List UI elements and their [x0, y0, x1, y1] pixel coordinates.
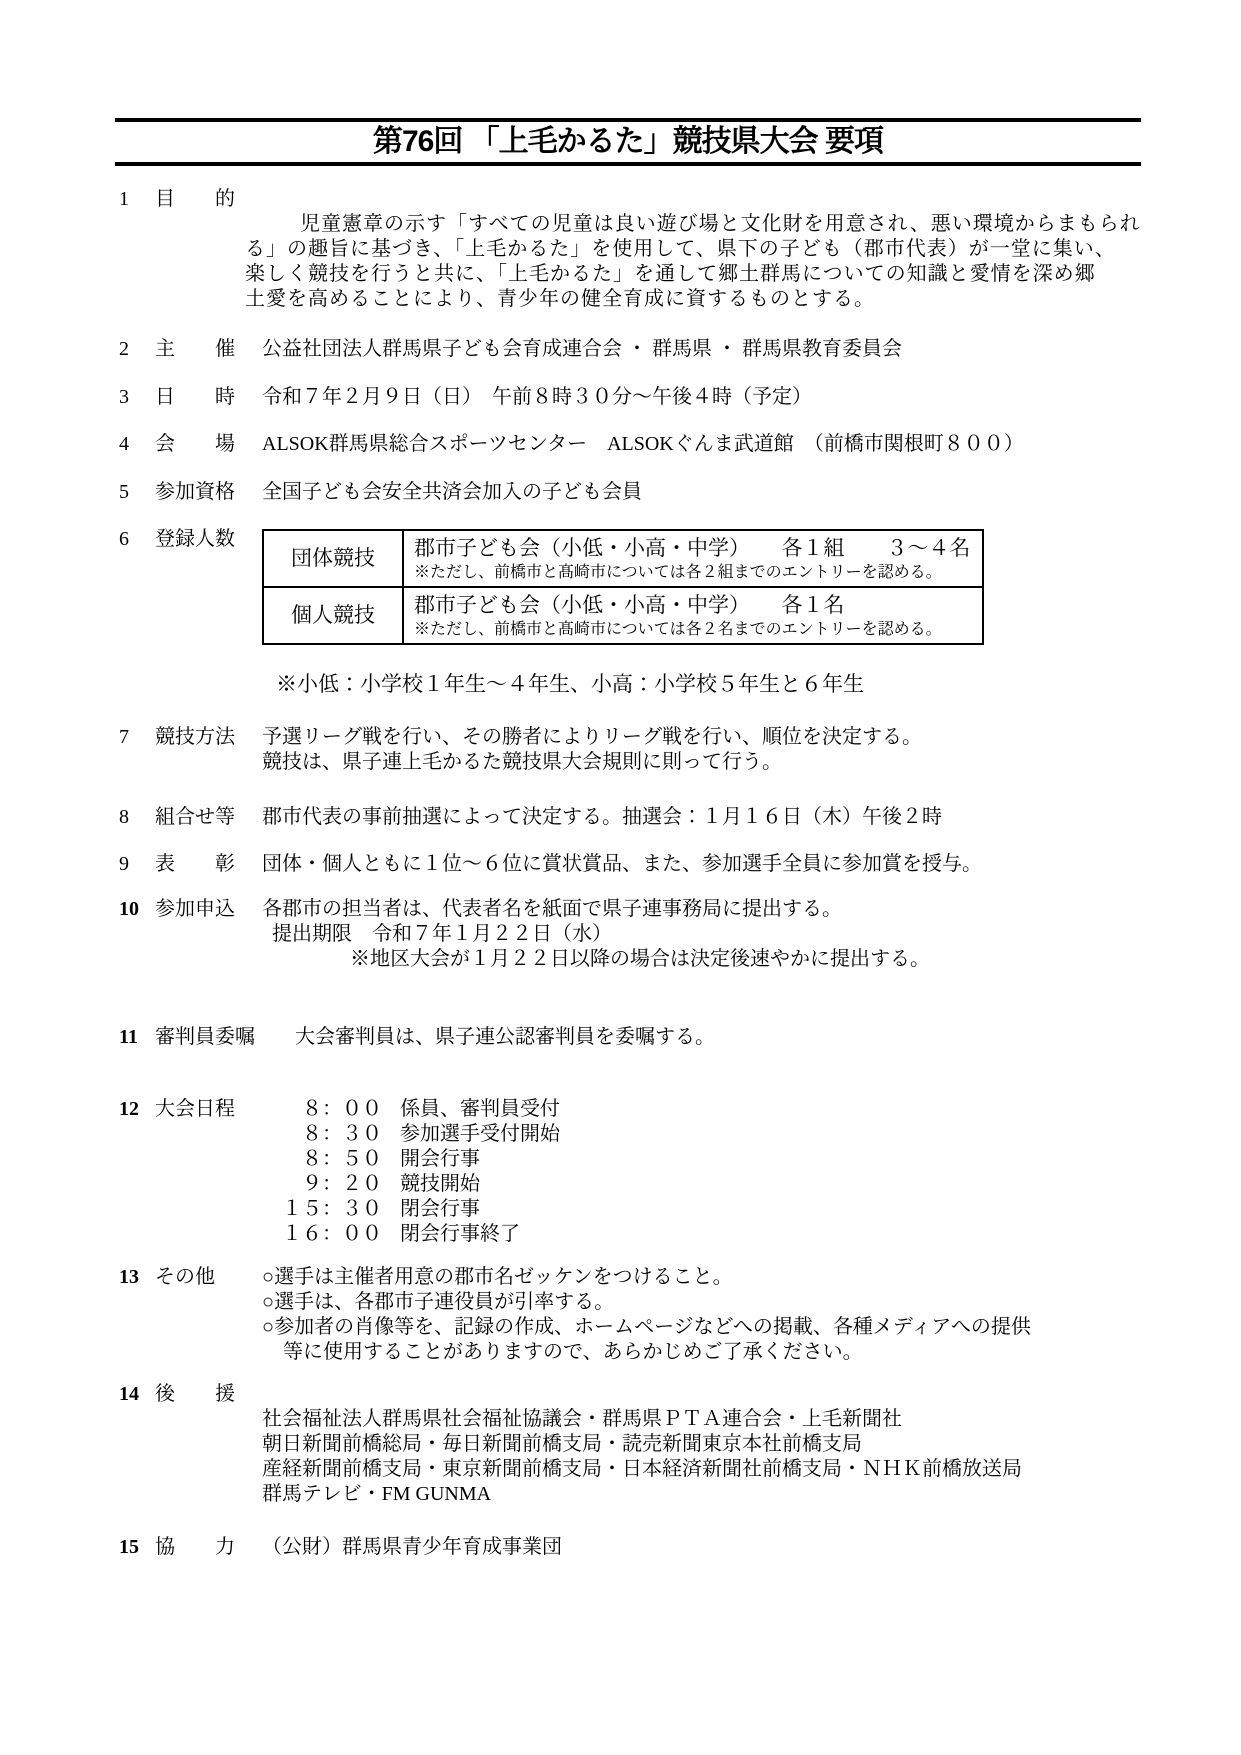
paragraph-line: 土愛を高めることにより、青少年の健全育成に資するものとする。 [245, 287, 1141, 312]
sponsor-line: 社会福祉法人群馬県社会福祉協議会・群馬県ＰＴＡ連合会・上毛新聞社 [262, 1407, 1141, 1432]
section-eligibility: 5 参加資格 全国子ども会安全共済会加入の子ども会員 [115, 480, 1141, 505]
item-number: 15 [115, 1535, 155, 1560]
item-row: 12 大会日程 ８：００ 係員、審判員受付 ８：３０ 参加選手受付開始 ８：５０… [115, 1097, 1141, 1247]
item-row: 10 参加申込 各郡市の担当者は、代表者名を紙面で県子連事務局に提出する。 提出… [115, 897, 1141, 972]
detail-main: 郡市子ども会（小低・小高・中学） 各１組 ３～４名 [414, 535, 972, 562]
item-number: 8 [115, 805, 155, 830]
schedule-time: ９：２０ [262, 1172, 382, 1197]
detail-cell: 郡市子ども会（小低・小高・中学） 各１名 ※ただし、前橋市と髙崎市については各２… [403, 587, 983, 644]
section-organizer: 2 主 催 公益社団法人群馬県子ども会育成連合会 ・ 群馬県 ・ 群馬県教育委員… [115, 337, 1141, 362]
item-row: 1 目 的 [115, 187, 1141, 212]
detail-cell: 郡市子ども会（小低・小高・中学） 各１組 ３～４名 ※ただし、前橋市と髙崎市につ… [403, 530, 983, 587]
schedule-time: １５：３０ [262, 1197, 382, 1222]
purpose-paragraph: 児童憲章の示す「すべての児童は良い遊び場と文化財を用意され、悪い環境からまもられ… [245, 212, 1141, 312]
schedule-row: ９：２０ 競技開始 [262, 1172, 1141, 1197]
section-datetime: 3 日 時 令和７年２月９日（日） 午前８時３０分～午後４時（予定） [115, 385, 1141, 410]
schedule-event: 閉会行事終了 [400, 1222, 520, 1247]
document-page: 第76回 「上毛かるた」競技県大会 要項 1 目 的 児童憲章の示す「すべての児… [0, 118, 1241, 1560]
section-purpose: 1 目 的 児童憲章の示す「すべての児童は良い遊び場と文化財を用意され、悪い環境… [115, 187, 1141, 312]
schedule-event: 競技開始 [400, 1172, 480, 1197]
item-number: 13 [115, 1265, 155, 1290]
paragraph-line: 楽しく競技を行うと共に、「上毛かるた」を通して郷土群馬についての知識と愛情を深め… [245, 262, 1141, 287]
item-label: 日 時 [155, 385, 262, 410]
item-label: 協 力 [155, 1535, 262, 1560]
item-label: 組合せ等 [155, 805, 262, 830]
section-pairing: 8 組合せ等 郡市代表の事前抽選によって決定する。抽選会：１月１６日（木）午後２… [115, 805, 1141, 830]
sponsor-line: 群馬テレビ・FM GUNMA [262, 1482, 1141, 1507]
item-label: その他 [155, 1265, 262, 1290]
item-row: 14 後 援 [115, 1382, 1141, 1407]
table-row: 個人競技 郡市子ども会（小低・小高・中学） 各１名 ※ただし、前橋市と髙崎市につ… [263, 587, 983, 644]
section-registration: 6 登録人数 団体競技 郡市子ども会（小低・小高・中学） 各１組 ３～４名 ※た… [115, 527, 1141, 697]
item-label: 目 的 [155, 187, 262, 212]
schedule-row: ８：３０ 参加選手受付開始 [262, 1122, 1141, 1147]
item-text: 公益社団法人群馬県子ども会育成連合会 ・ 群馬県 ・ 群馬県教育委員会 [262, 337, 902, 362]
item-number: 10 [115, 897, 155, 922]
item-row: 8 組合せ等 郡市代表の事前抽選によって決定する。抽選会：１月１６日（木）午後２… [115, 805, 1141, 830]
section-schedule: 12 大会日程 ８：００ 係員、審判員受付 ８：３０ 参加選手受付開始 ８：５０… [115, 1097, 1141, 1247]
section-sponsors: 14 後 援 社会福祉法人群馬県社会福祉協議会・群馬県ＰＴＡ連合会・上毛新聞社 … [115, 1382, 1141, 1507]
item-label: 会 場 [155, 432, 262, 457]
section-referee: 11 審判員委嘱 大会審判員は、県子連公認審判員を委嘱する。 [115, 1025, 1141, 1050]
item-row: 2 主 催 公益社団法人群馬県子ども会育成連合会 ・ 群馬県 ・ 群馬県教育委員… [115, 337, 1141, 362]
content-line: 各郡市の担当者は、代表者名を紙面で県子連事務局に提出する。 [262, 897, 1141, 922]
sponsor-line: 産経新聞前橋支局・東京新聞前橋支局・日本経済新聞社前橋支局・ＮＨＫ前橋放送局 [262, 1457, 1141, 1482]
item-text: 令和７年２月９日（日） 午前８時３０分～午後４時（予定） [262, 385, 812, 410]
page-title: 第76回 「上毛かるた」競技県大会 要項 [115, 125, 1141, 159]
item-text: 団体・個人ともに１位～６位に賞状賞品、また、参加選手全員に参加賞を授与。 [262, 852, 982, 877]
schedule-row: ８：００ 係員、審判員受付 [262, 1097, 1141, 1122]
detail-note: ※ただし、前橋市と髙崎市については各２名までのエントリーを認める。 [414, 619, 972, 640]
application-content: 各郡市の担当者は、代表者名を紙面で県子連事務局に提出する。 提出期限 令和７年１… [262, 897, 1141, 972]
section-venue: 4 会 場 ALSOK群馬県総合スポーツセンター ALSOKぐんま武道館 （前橋… [115, 432, 1141, 457]
schedule-row: １６：００ 閉会行事終了 [262, 1222, 1141, 1247]
category-cell: 個人競技 [263, 587, 403, 644]
item-row: 4 会 場 ALSOK群馬県総合スポーツセンター ALSOKぐんま武道館 （前橋… [115, 432, 1141, 457]
item-text: 全国子ども会安全共済会加入の子ども会員 [262, 480, 642, 505]
misc-content: ○選手は主催者用意の郡市名ゼッケンをつけること。 ○選手は、各郡市子連役員が引率… [262, 1265, 1141, 1365]
schedule-event: 開会行事 [400, 1147, 480, 1172]
paragraph-line: 児童憲章の示す「すべての児童は良い遊び場と文化財を用意され、悪い環境からまもられ [245, 212, 1141, 237]
item-number: 12 [115, 1097, 155, 1122]
paragraph-line: る」の趣旨に基づき、「上毛かるた」を使用して、県下の子ども（郡市代表）が一堂に集… [245, 237, 1141, 262]
section-cooperation: 15 協 力 （公財）群馬県青少年育成事業団 [115, 1535, 1141, 1560]
item-label: 主 催 [155, 337, 262, 362]
item-label: 後 援 [155, 1382, 262, 1407]
content-line: ○参加者の肖像等を、記録の作成、ホームページなどへの掲載、各種メディアへの提供 [262, 1315, 1141, 1340]
item-text: ALSOK群馬県総合スポーツセンター ALSOKぐんま武道館 （前橋市関根町８０… [262, 432, 1024, 457]
schedule-row: ８：５０ 開会行事 [262, 1147, 1141, 1172]
schedule-time: １６：００ [262, 1222, 382, 1247]
item-label: 競技方法 [155, 725, 262, 750]
schedule-row: １５：３０ 閉会行事 [262, 1197, 1141, 1222]
content-line: 等に使用することがありますので、あらかじめご了承ください。 [262, 1340, 1141, 1365]
document-header: 第76回 「上毛かるた」競技県大会 要項 [115, 118, 1141, 166]
schedule-time: ８：００ [262, 1097, 382, 1122]
item-number: 4 [115, 432, 155, 457]
item-label: 登録人数 [155, 527, 262, 552]
schedule-time: ８：３０ [262, 1122, 382, 1147]
item-label: 参加資格 [155, 480, 262, 505]
table-footnote: ※小低：小学校１年生～４年生、小高：小学校５年生と６年生 [262, 672, 1141, 697]
item-text: 郡市代表の事前抽選によって決定する。抽選会：１月１６日（木）午後２時 [262, 805, 942, 830]
item-number: 2 [115, 337, 155, 362]
item-row: 6 登録人数 団体競技 郡市子ども会（小低・小高・中学） 各１組 ３～４名 ※た… [115, 527, 1141, 697]
content-line: 提出期限 令和７年１月２２日（水） [262, 922, 1141, 947]
detail-note: ※ただし、前橋市と髙崎市については各２組までのエントリーを認める。 [414, 562, 972, 583]
section-awards: 9 表 彰 団体・個人ともに１位～６位に賞状賞品、また、参加選手全員に参加賞を授… [115, 852, 1141, 877]
sponsor-list: 社会福祉法人群馬県社会福祉協議会・群馬県ＰＴＡ連合会・上毛新聞社 朝日新聞前橋総… [262, 1407, 1141, 1507]
item-label: 参加申込 [155, 897, 262, 922]
method-content: 予選リーグ戦を行い、その勝者によりリーグ戦を行い、順位を決定する。 競技は、県子… [262, 725, 1141, 775]
item-number: 1 [115, 187, 155, 212]
item-number: 6 [115, 527, 155, 552]
category-cell: 団体競技 [263, 530, 403, 587]
item-number: 7 [115, 725, 155, 750]
item-label: 審判員委嘱 [155, 1025, 295, 1050]
item-number: 9 [115, 852, 155, 877]
content-line: ○選手は主催者用意の郡市名ゼッケンをつけること。 [262, 1265, 1141, 1290]
item-row: 15 協 力 （公財）群馬県青少年育成事業団 [115, 1535, 1141, 1560]
item-number: 5 [115, 480, 155, 505]
section-application: 10 参加申込 各郡市の担当者は、代表者名を紙面で県子連事務局に提出する。 提出… [115, 897, 1141, 972]
item-label: 大会日程 [155, 1097, 262, 1122]
section-method: 7 競技方法 予選リーグ戦を行い、その勝者によりリーグ戦を行い、順位を決定する。… [115, 725, 1141, 775]
registration-content: 団体競技 郡市子ども会（小低・小高・中学） 各１組 ３～４名 ※ただし、前橋市と… [262, 527, 1141, 697]
item-row: 5 参加資格 全国子ども会安全共済会加入の子ども会員 [115, 480, 1141, 505]
content-line: 予選リーグ戦を行い、その勝者によりリーグ戦を行い、順位を決定する。 [262, 725, 1141, 750]
content-line: 競技は、県子連上毛かるた競技県大会規則に則って行う。 [262, 750, 1141, 775]
sponsor-line: 朝日新聞前橋総局・毎日新聞前橋支局・読売新聞東京本社前橋支局 [262, 1432, 1141, 1457]
schedule-list: ８：００ 係員、審判員受付 ８：３０ 参加選手受付開始 ８：５０ 開会行事 ９：… [262, 1097, 1141, 1247]
schedule-event: 係員、審判員受付 [400, 1097, 560, 1122]
item-number: 3 [115, 385, 155, 410]
item-label: 表 彰 [155, 852, 262, 877]
schedule-time: ８：５０ [262, 1147, 382, 1172]
item-text: （公財）群馬県青少年育成事業団 [262, 1535, 562, 1560]
detail-main: 郡市子ども会（小低・小高・中学） 各１名 [414, 592, 972, 619]
registration-table: 団体競技 郡市子ども会（小低・小高・中学） 各１組 ３～４名 ※ただし、前橋市と… [262, 529, 984, 645]
item-row: 9 表 彰 団体・個人ともに１位～６位に賞状賞品、また、参加選手全員に参加賞を授… [115, 852, 1141, 877]
content-line: ※地区大会が１月２２日以降の場合は決定後速やかに提出する。 [262, 947, 1141, 972]
table-row: 団体競技 郡市子ども会（小低・小高・中学） 各１組 ３～４名 ※ただし、前橋市と… [263, 530, 983, 587]
content-line: ○選手は、各郡市子連役員が引率する。 [262, 1290, 1141, 1315]
item-number: 11 [115, 1025, 155, 1050]
schedule-event: 閉会行事 [400, 1197, 480, 1222]
item-row: 13 その他 ○選手は主催者用意の郡市名ゼッケンをつけること。 ○選手は、各郡市… [115, 1265, 1141, 1365]
item-row: 11 審判員委嘱 大会審判員は、県子連公認審判員を委嘱する。 [115, 1025, 1141, 1050]
item-row: 7 競技方法 予選リーグ戦を行い、その勝者によりリーグ戦を行い、順位を決定する。… [115, 725, 1141, 775]
section-misc: 13 その他 ○選手は主催者用意の郡市名ゼッケンをつけること。 ○選手は、各郡市… [115, 1265, 1141, 1365]
item-text: 大会審判員は、県子連公認審判員を委嘱する。 [295, 1025, 715, 1050]
item-row: 3 日 時 令和７年２月９日（日） 午前８時３０分～午後４時（予定） [115, 385, 1141, 410]
item-number: 14 [115, 1382, 155, 1407]
schedule-event: 参加選手受付開始 [400, 1122, 560, 1147]
